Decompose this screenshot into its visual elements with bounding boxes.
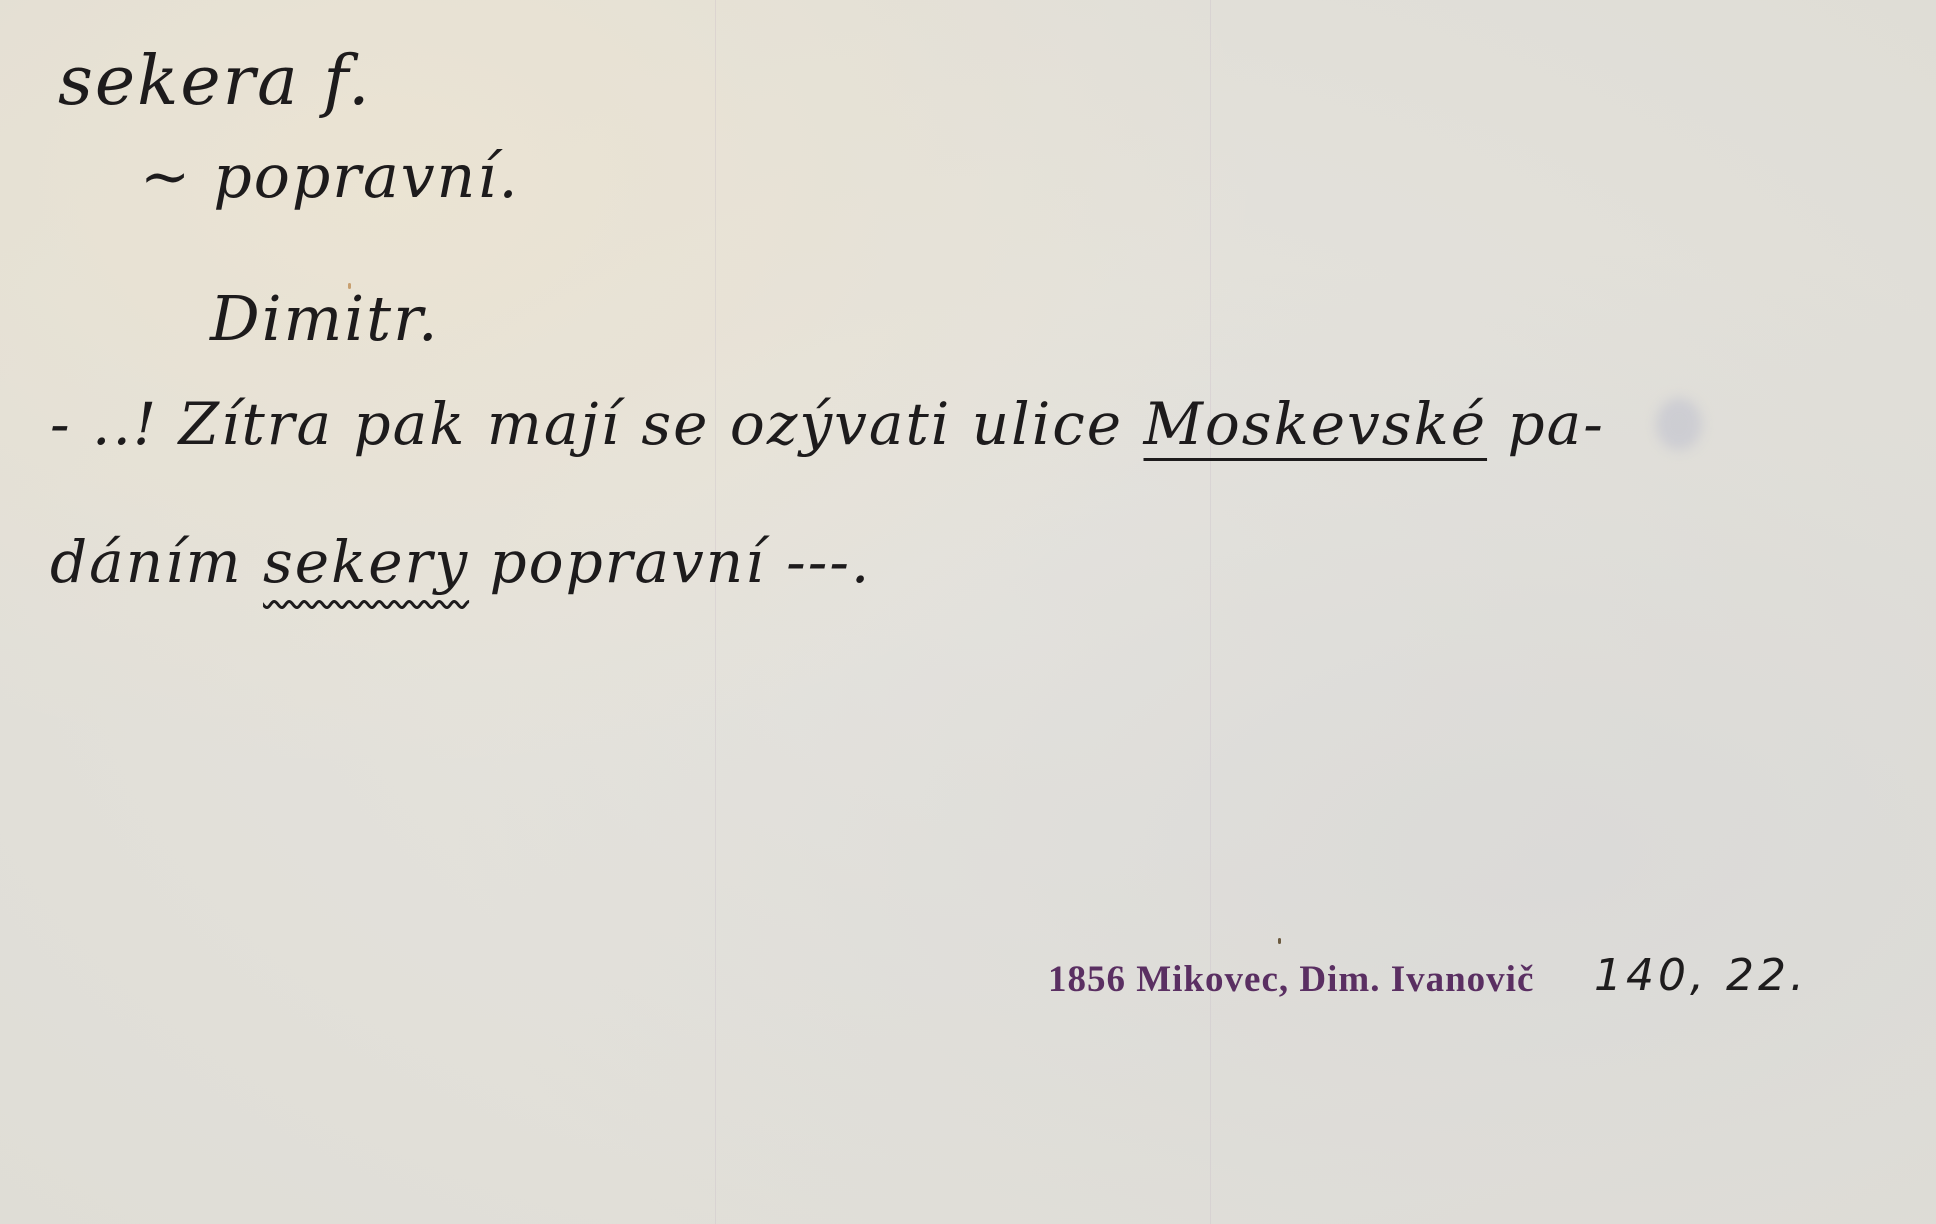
ink-smudge — [1656, 398, 1702, 450]
quote-line-1: - ..! Zítra pak mají se ozývati ulice Mo… — [50, 390, 1605, 458]
source-stamp: 1856 Mikovec, Dim. Ivanovič — [1048, 958, 1534, 1001]
source-author-heading: Dimitr. — [210, 282, 440, 355]
quote-text: - ..! Zítra pak mají se ozývati ulice — [50, 390, 1144, 458]
quote-text: dáním — [50, 528, 263, 596]
paper-speck — [348, 283, 351, 289]
paper-fold-line — [1210, 0, 1211, 1224]
paper-fold-line — [715, 0, 716, 1224]
dictionary-slip-card: sekera f. ~ popravní. Dimitr. - ..! Zítr… — [0, 0, 1936, 1224]
quote-keyword-wavy-underlined: sekery — [263, 528, 469, 596]
headword: sekera f. — [58, 42, 372, 121]
subentry-phrase: ~ popravní. — [140, 142, 520, 212]
quote-emphasis-underlined: Moskevské — [1144, 390, 1488, 458]
paper-speck — [1278, 938, 1281, 944]
quote-text: pa- — [1487, 390, 1605, 458]
quote-text: popravní ---. — [469, 528, 871, 596]
quote-line-2: dáním sekery popravní ---. — [50, 528, 871, 596]
page-reference: 140, 22. — [1594, 950, 1808, 1001]
